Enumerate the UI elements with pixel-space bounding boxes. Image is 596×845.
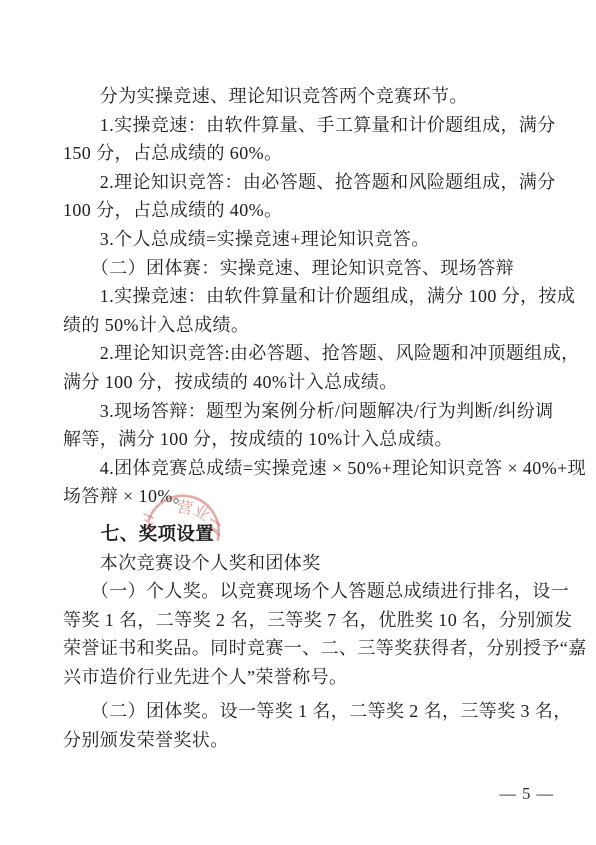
doc-line: （一）个人奖。以竞赛现场个人答题总成绩进行排名，设一 (63, 577, 549, 606)
doc-line: 分别颁发荣誉奖状。 (63, 726, 549, 755)
doc-line: （二）团体奖。设一等奖 1 名，二等奖 2 名，三等奖 3 名， (63, 697, 549, 726)
document-page: { "page": { "background": "#ffffff", "nu… (0, 0, 596, 845)
section-heading-awards: 七、奖项设置 (63, 520, 549, 549)
doc-line: 分为实操竞速、理论知识竞答两个竞赛环节。 (63, 82, 549, 111)
doc-line: 绩的 50%计入总成绩。 (63, 311, 549, 340)
doc-line: 荣誉证书和奖品。同时竞赛一、二、三等奖获得者，分别授予“嘉 (63, 634, 549, 663)
doc-line: 2.理论知识竞答:由必答题、抢答题、风险题和冲顶题组成， (63, 339, 549, 368)
doc-line: 解等，满分 100 分，按成绩的 10%计入总成绩。 (63, 425, 549, 454)
doc-line: 3.个人总成绩=实操竞速+理论知识竞答。 (63, 225, 549, 254)
doc-line: 1.实操竞速：由软件算量和计价题组成，满分 100 分，按成 (63, 282, 549, 311)
doc-line: 2.理论知识竞答：由必答题、抢答题和风险题组成，满分 (63, 168, 549, 197)
doc-line: 3.现场答辩：题型为案例分析/问题解决/行为判断/纠纷调 (63, 397, 549, 426)
doc-line: 等奖 1 名，二等奖 2 名，三等奖 7 名，优胜奖 10 名，分别颁发 (63, 606, 549, 635)
doc-line: 场答辩 × 10%。 (63, 482, 549, 511)
document-body: 分为实操竞速、理论知识竞答两个竞赛环节。 1.实操竞速：由软件算量、手工算量和计… (63, 82, 549, 755)
doc-line: 兴市造价行业先进个人”荣誉称号。 (63, 663, 549, 692)
doc-line: 本次竞赛设个人奖和团体奖 (63, 549, 549, 578)
doc-line: 满分 100 分，按成绩的 40%计入总成绩。 (63, 368, 549, 397)
doc-line: 100 分，占总成绩的 40%。 (63, 196, 549, 225)
doc-line: （二）团体赛：实操竞速、理论知识竞答、现场答辩 (63, 254, 549, 283)
page-number: — 5 — (500, 784, 555, 804)
doc-line: 1.实操竞速：由软件算量、手工算量和计价题组成，满分 (63, 111, 549, 140)
doc-line: 150 分，占总成绩的 60%。 (63, 139, 549, 168)
doc-line: 4.团体竞赛总成绩=实操竞速 × 50%+理论知识竞答 × 40%+现 (63, 454, 549, 483)
